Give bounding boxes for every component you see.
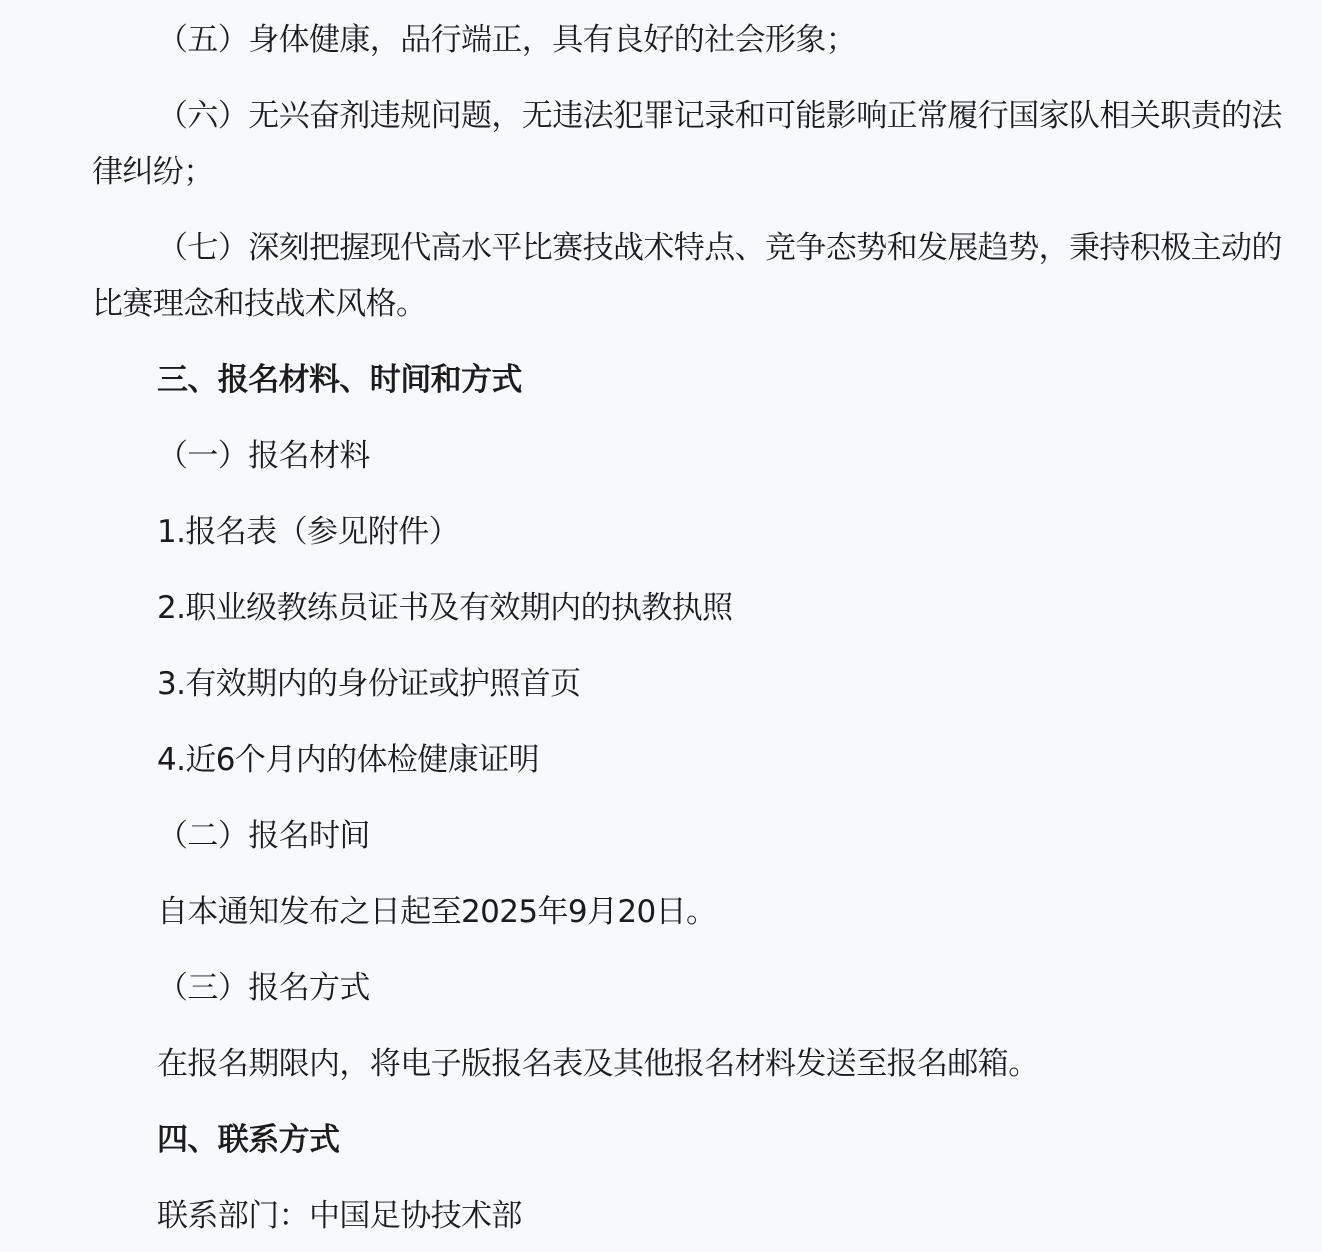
registration-deadline: 自本通知发布之日起至2025年9月20日。 xyxy=(92,884,1282,940)
section-heading-registration: 三、报名材料、时间和方式 xyxy=(92,352,1282,408)
requirement-item-7: （七）深刻把握现代高水平比赛技战术特点、竞争态势和发展趋势，秉持积极主动的比赛理… xyxy=(92,220,1282,332)
materials-item-3: 3.有效期内的身份证或护照首页 xyxy=(92,656,1282,712)
requirement-item-5: （五）身体健康，品行端正，具有良好的社会形象； xyxy=(92,12,1282,68)
materials-item-4: 4.近6个月内的体检健康证明 xyxy=(92,732,1282,788)
subheading-time: （二）报名时间 xyxy=(92,808,1282,864)
section-heading-contact: 四、联系方式 xyxy=(92,1112,1282,1168)
contact-department: 联系部门：中国足协技术部 xyxy=(92,1188,1282,1244)
registration-method: 在报名期限内，将电子版报名表及其他报名材料发送至报名邮箱。 xyxy=(92,1036,1282,1092)
requirement-item-6: （六）无兴奋剂违规问题，无违法犯罪记录和可能影响正常履行国家队相关职责的法律纠纷… xyxy=(92,88,1282,200)
materials-item-1: 1.报名表（参见附件） xyxy=(92,504,1282,560)
subheading-method: （三）报名方式 xyxy=(92,960,1282,1016)
subheading-materials: （一）报名材料 xyxy=(92,428,1282,484)
materials-item-2: 2.职业级教练员证书及有效期内的执教执照 xyxy=(92,580,1282,636)
